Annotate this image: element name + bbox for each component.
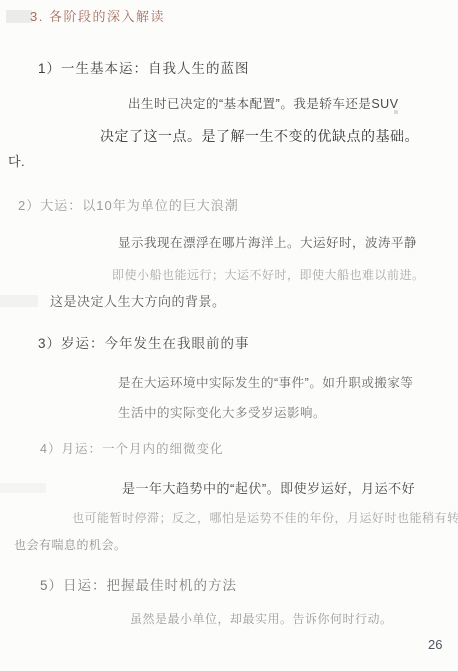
page-number: 26 (428, 637, 442, 652)
body-line: 这是决定人生大方向的背景。 (50, 294, 226, 310)
list-item-3-title: 3）岁运：今年发生在我眼前的事 (38, 336, 250, 352)
body-line: 虽然是最小单位，却最实用。告诉你何时行动。 (130, 612, 393, 626)
body-line: 也会有喘息的机会。 (14, 538, 127, 552)
body-line: 是一年大趋势中的“起伏”。即使岁运好，月运不好 (122, 481, 415, 497)
body-line: 也可能暂时停滞；反之，哪怕是运势不佳的年份，月运好时也能稍有转机。 (72, 511, 458, 525)
scan-artifact (6, 10, 32, 23)
body-line: 出生时已决定的“基本配置”。我是轿车还是SUV (128, 97, 399, 112)
list-item-2-title: 2）大运：以10年为单位的巨大浪潮 (18, 198, 239, 214)
list-item-4-title: 4）月运：一个月内的细微变化 (40, 442, 223, 457)
body-line: 决定了这一点。是了解一生不变的优缺点的基础。 (100, 128, 419, 145)
list-item-5-title: 5）日运：把握最佳时机的方法 (40, 578, 237, 594)
body-line: 即使小船也能远行；大运不好时，即使大船也难以前进。 (112, 268, 425, 282)
scan-artifact (0, 483, 46, 493)
document-page: 3. 各阶段的深入解读 1）一生基本运：自我人生的蓝图 出生时已决定的“基本配置… (0, 0, 458, 671)
scan-artifact (0, 295, 38, 307)
body-line: 生活中的实际变化大多受岁运影响。 (118, 406, 326, 421)
orphan-text: 다. (8, 154, 25, 170)
section-heading: 3. 各阶段的深入解读 (30, 9, 165, 25)
list-item-1-title: 1）一生基本运：自我人生的蓝图 (38, 61, 250, 77)
body-line: 是在大运环境中实际发生的“事件”。如升职或搬家等 (118, 376, 413, 391)
body-line: 显示我现在漂浮在哪片海洋上。大运好时，波涛平静 (118, 236, 417, 251)
